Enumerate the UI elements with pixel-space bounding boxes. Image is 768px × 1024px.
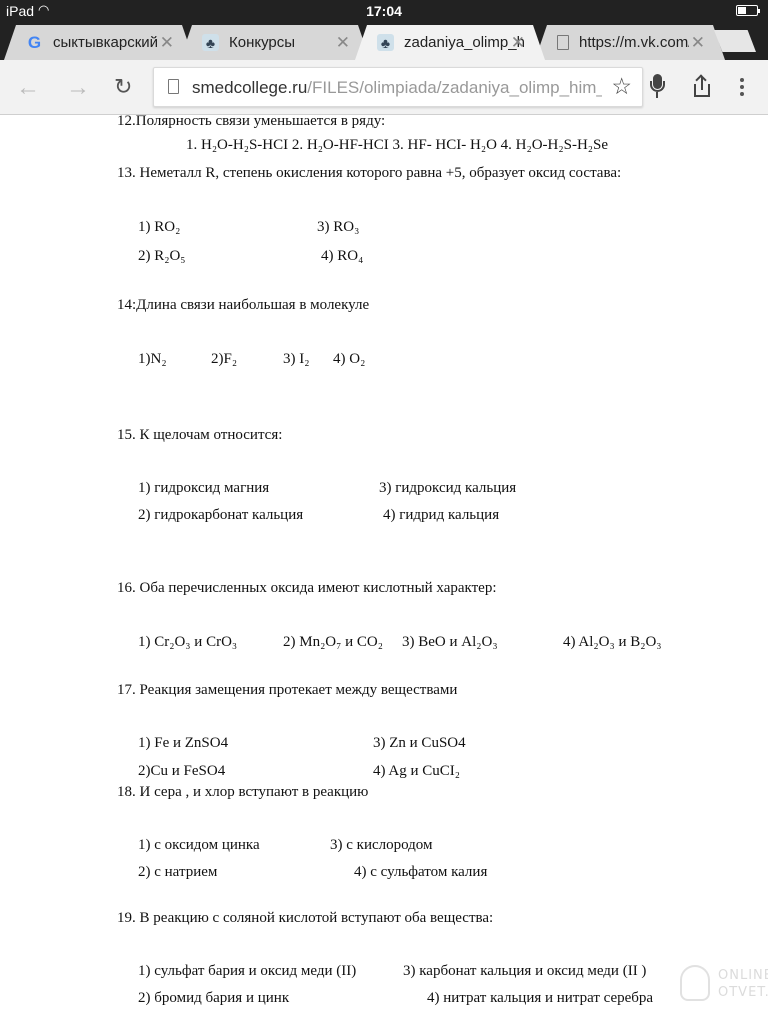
back-arrow-icon[interactable]: ←	[16, 74, 40, 102]
close-tab-icon[interactable]: ✕	[691, 33, 705, 53]
question-16: 16. Оба перечисленных оксида имеют кисло…	[117, 580, 497, 597]
lightbulb-icon	[680, 965, 710, 1001]
contest-site-icon: ♣	[377, 34, 394, 51]
answer-option: 1) гидроксид магния	[138, 480, 269, 497]
answer-option: 3) I₂	[283, 351, 309, 368]
question-18: 18. И сера , и хлор вступают в реакцию	[117, 784, 368, 801]
forward-arrow-icon[interactable]: →	[66, 74, 90, 102]
tab-title: zadaniya_olimp_hi	[404, 34, 524, 51]
status-bar: iPad ◠ 17:04	[0, 0, 768, 22]
tab-vk[interactable]: https://m.vk.com/ ✕	[535, 25, 725, 60]
battery-icon	[736, 5, 758, 16]
question-12-options: 1. H₂O-H₂S-HCI 2. H₂O-HF-HCI 3. HF- HCI-…	[186, 137, 608, 154]
answer-option: 3) гидроксид кальция	[379, 480, 516, 497]
answer-option: 1) RO₂	[138, 219, 180, 236]
contest-site-icon: ♣	[202, 34, 219, 51]
answer-option: 4) O₂	[333, 351, 365, 368]
question-14: 14:Длина связи наибольшая в молекуле	[117, 297, 369, 314]
microphone-icon[interactable]	[650, 74, 664, 100]
answer-option: 4) нитрат кальция и нитрат серебра	[427, 990, 653, 1007]
answer-option: 2) гидрокарбонат кальция	[138, 507, 303, 524]
answer-option: 2) бромид бария и цинк	[138, 990, 289, 1007]
pdf-document: 12.Полярность связи уменьшается в ряду: …	[0, 116, 768, 1024]
google-g-icon: G	[26, 34, 43, 51]
answer-option: 1) с оксидом цинка	[138, 837, 260, 854]
browser-toolbar: ← → ↻ smedcollege.ru/FILES/olimpiada/zad…	[0, 60, 768, 115]
close-tab-icon[interactable]: ✕	[336, 33, 350, 53]
answer-option: 1)N₂	[138, 351, 167, 368]
more-vert-icon[interactable]	[740, 78, 746, 98]
answer-option: 3) карбонат кальция и оксид меди (II )	[403, 963, 646, 980]
tab-active-pdf[interactable]: ♣ zadaniya_olimp_hi ✕	[355, 25, 545, 60]
answer-option: 3) Zn и CuSO4	[373, 735, 466, 752]
document-icon	[557, 35, 569, 50]
answer-option: 3) с кислородом	[330, 837, 433, 854]
answer-option: 1) Fe и ZnSO4	[138, 735, 228, 752]
reload-icon[interactable]: ↻	[114, 74, 132, 100]
answer-option: 3) RO₃	[317, 219, 359, 236]
answer-option: 4) Al₂O₃ и B₂O₃	[563, 634, 662, 651]
watermark-line-2: OTVET.RU	[718, 985, 768, 1000]
answer-option: 2)Cu и FeSO4	[138, 763, 225, 780]
question-19: 19. В реакцию с соляной кислотой вступаю…	[117, 910, 493, 927]
clock: 17:04	[0, 3, 768, 19]
address-bar[interactable]: smedcollege.ru/FILES/olimpiada/zadaniya_…	[153, 67, 643, 107]
watermark: ONLINEOTVET.RU	[680, 965, 768, 1024]
answer-option: 3) BeO и Al₂O₃	[402, 634, 498, 651]
tab-title: https://m.vk.com/	[579, 34, 689, 51]
question-12: 12.Полярность связи уменьшается в ряду:	[117, 113, 385, 130]
star-icon[interactable]: ☆	[611, 73, 632, 100]
question-15: 15. К щелочам относится:	[117, 427, 282, 444]
close-tab-icon[interactable]: ✕	[511, 33, 525, 53]
close-tab-icon[interactable]: ✕	[160, 33, 174, 53]
answer-option: 4) гидрид кальция	[383, 507, 499, 524]
tab-search[interactable]: G сыктывкарский ✕	[4, 25, 194, 60]
page-info-icon[interactable]	[168, 79, 179, 94]
answer-option: 1) Cr₂O₃ и CrO₃	[138, 634, 237, 651]
answer-option: 2) R₂O₅	[138, 248, 186, 265]
url-text[interactable]: smedcollege.ru/FILES/olimpiada/zadaniya_…	[192, 78, 602, 98]
share-icon[interactable]	[694, 76, 710, 98]
answer-option: 4) Ag и CuCI₂	[373, 763, 460, 780]
answer-option: 4) RO₄	[321, 248, 363, 265]
question-13: 13. Неметалл R, степень окисления которо…	[117, 165, 621, 182]
answer-option: 2) Mn₂O₇ и CO₂	[283, 634, 383, 651]
answer-option: 2) с натрием	[138, 864, 217, 881]
question-17: 17. Реакция замещения протекает между ве…	[117, 682, 457, 699]
answer-option: 1) сульфат бария и оксид меди (II)	[138, 963, 356, 980]
watermark-line-1: ONLINE	[718, 968, 768, 983]
answer-option: 2)F₂	[211, 351, 237, 368]
answer-option: 4) с сульфатом калия	[354, 864, 487, 881]
tab-strip: G сыктывкарский ✕ ♣ Конкурсы ✕ https://m…	[0, 22, 768, 60]
tab-contests[interactable]: ♣ Конкурсы ✕	[180, 25, 370, 60]
